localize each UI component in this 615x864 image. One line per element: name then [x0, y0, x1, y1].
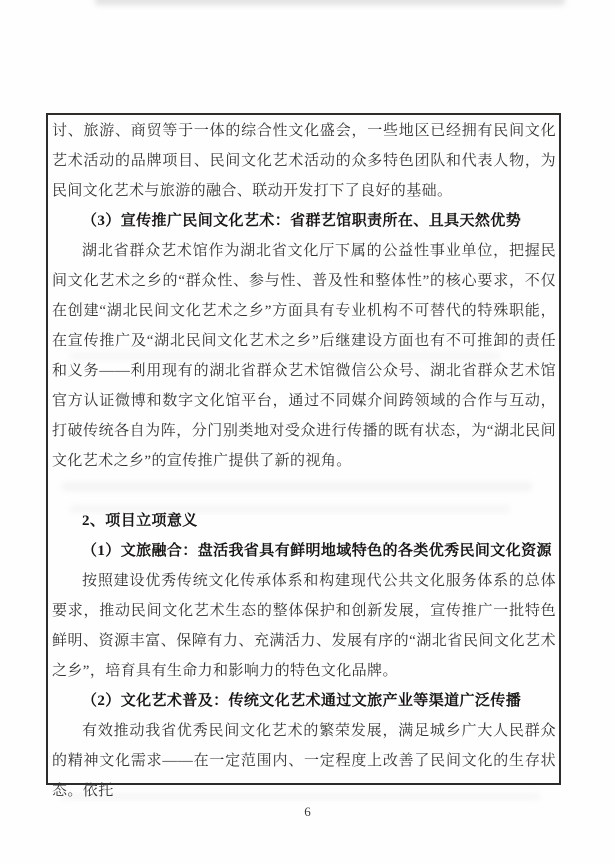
section-heading: （3）宣传推广民间文化艺术：省群艺馆职责所在、且具天然优势: [52, 206, 556, 236]
body-paragraph: 讨、旅游、商贸等于一体的综合性文化盛会，一些地区已经拥有民间文化艺术活动的品牌项…: [52, 116, 556, 206]
body-paragraph: 湖北省群众艺术馆作为湖北省文化厅下属的公益性事业单位，把握民间文化艺术之乡的“群…: [52, 236, 556, 476]
table-content: 讨、旅游、商贸等于一体的综合性文化盛会，一些地区已经拥有民间文化艺术活动的品牌项…: [52, 116, 556, 806]
section-heading: （2）文化艺术普及：传统文化艺术通过文旅产业等渠道广泛传播: [52, 686, 556, 716]
document-table: 讨、旅游、商贸等于一体的综合性文化盛会，一些地区已经拥有民间文化艺术活动的品牌项…: [46, 113, 561, 785]
body-paragraph: 有效推动我省优秀民间文化艺术的繁荣发展，满足城乡广大人民群众的精神文化需求——在…: [52, 716, 556, 806]
page-number: 6: [0, 804, 615, 820]
section-heading: 2、项目立项意义: [52, 506, 556, 536]
body-paragraph: 按照建设优秀传统文化传承体系和构建现代公共文化服务体系的总体要求，推动民间文化艺…: [52, 566, 556, 686]
paragraph-spacer: [52, 476, 556, 506]
scan-artifact: [95, 0, 565, 5]
section-heading: （1）文旅融合：盘活我省具有鲜明地域特色的各类优秀民间文化资源: [52, 536, 556, 566]
